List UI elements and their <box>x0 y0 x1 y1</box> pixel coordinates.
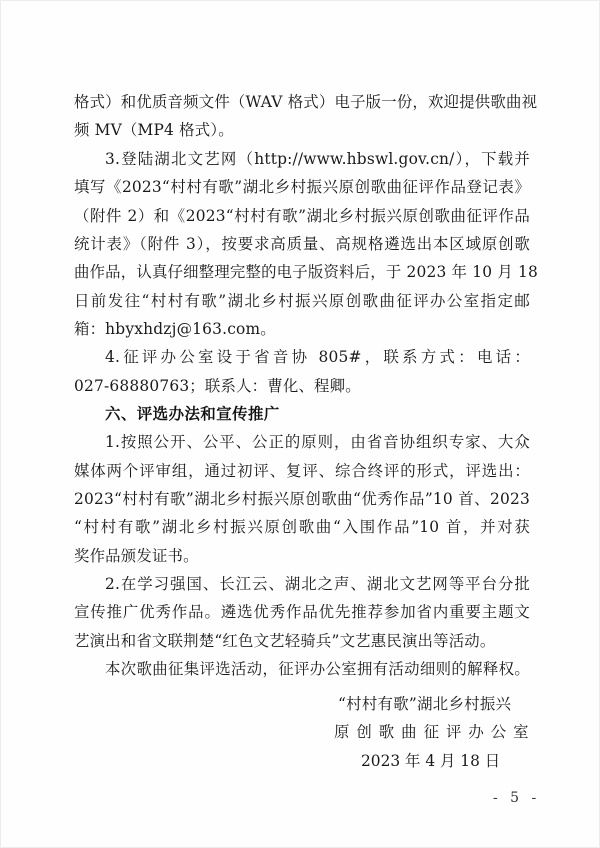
text-line: 填写《2023“村村有歌”湖北乡村振兴原创歌曲征评作品登记表》 <box>74 177 530 197</box>
text-line: 艺演出和省文联荆楚“红色文艺轻骑兵”文艺惠民演出等活动。 <box>74 631 530 651</box>
text-line: 2023“村村有歌”湖北乡村振兴原创歌曲“优秀作品”10 首、2023 <box>74 489 530 509</box>
text-line: 统计表》（附件 3），按要求高质量、高规格遴选出本区域原创歌 <box>74 234 530 254</box>
text-line: 频 MV（MP4 格式）。 <box>74 120 530 140</box>
signature-date: 2023 年 4 月 18 日 <box>361 751 500 771</box>
text-line: 本次歌曲征集评选活动，征评办公室拥有活动细则的解释权。 <box>105 659 530 679</box>
page-number: - 5 - <box>493 790 540 806</box>
text-line: “村村有歌”湖北乡村振兴原创歌曲“入围作品”10 首，并对获 <box>74 517 530 537</box>
text-line: 宣传推广优秀作品。遴选优秀作品优先推荐参加省内重要主题文 <box>74 602 530 622</box>
text-line: （附件 2）和《2023“村村有歌”湖北乡村振兴原创歌曲征评作品 <box>74 206 530 226</box>
section-heading: 六、评选办法和宣传推广 <box>105 404 280 424</box>
signature-org-line2: 原创歌曲征评办公室 <box>334 722 536 742</box>
text-line: 媒体两个评审组，通过初评、复评、综合终评的形式，评选出： <box>74 461 530 481</box>
text-line: 2.在学习强国、长江云、湖北之声、湖北文艺网等平台分批 <box>105 574 530 594</box>
contact-line: 027-68880763；联系人：曹化、程卿。 <box>74 376 530 396</box>
email-line: 箱：hbyxhdzj@163.com。 <box>74 319 530 339</box>
text-line: 3.登陆湖北文艺网（http://www.hbswl.gov.cn/），下载并 <box>105 149 530 169</box>
document-page: 格式）和优质音频文件（WAV 格式）电子版一份，欢迎提供歌曲视 频 MV（MP4… <box>0 0 600 848</box>
text-line: 格式）和优质音频文件（WAV 格式）电子版一份，欢迎提供歌曲视 <box>74 92 530 112</box>
text-line: 1.按照公开、公平、公正的原则，由省音协组织专家、大众 <box>105 432 530 452</box>
text-line: 曲作品，认真仔细整理完整的电子版资料后，于 2023 年 10 月 18 <box>74 262 530 282</box>
signature-org-line1: “村村有歌”湖北乡村振兴 <box>338 694 511 714</box>
text-line: 奖作品颁发证书。 <box>74 546 530 566</box>
text-line: 日前发往“村村有歌”湖北乡村振兴原创歌曲征评办公室指定邮 <box>74 291 530 311</box>
text-line: 4.征评办公室设于省音协 805#，联系方式：电话： <box>105 347 530 367</box>
